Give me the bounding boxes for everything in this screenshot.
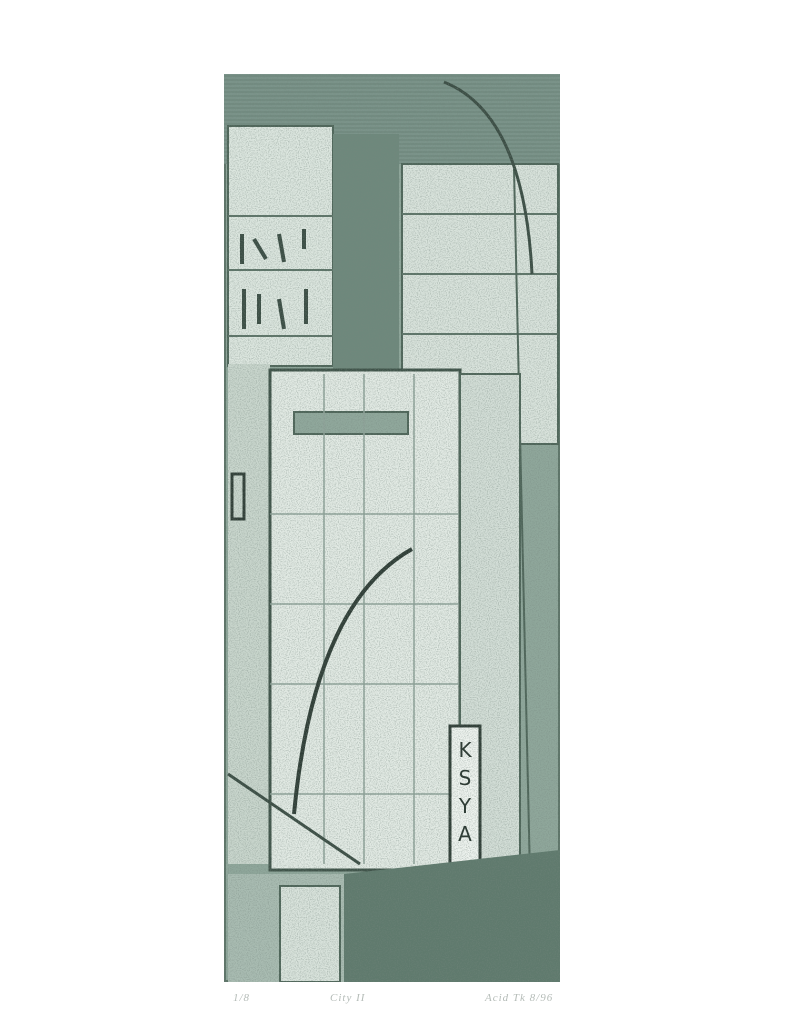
artwork-title: City II [330,992,365,1004]
edition-number: 1/8 [233,992,250,1004]
sign-letter: A [452,820,478,848]
etching-grain [224,74,560,982]
etching-plate: K S Y A [224,74,560,982]
sign-letter: Y [452,792,478,820]
sign-letters: K S Y A [452,736,478,848]
sign-letter: S [452,764,478,792]
sign-letter: K [452,736,478,764]
etching-drawing [224,74,560,982]
artist-signature: Acid Tk 8/96 [485,992,553,1004]
